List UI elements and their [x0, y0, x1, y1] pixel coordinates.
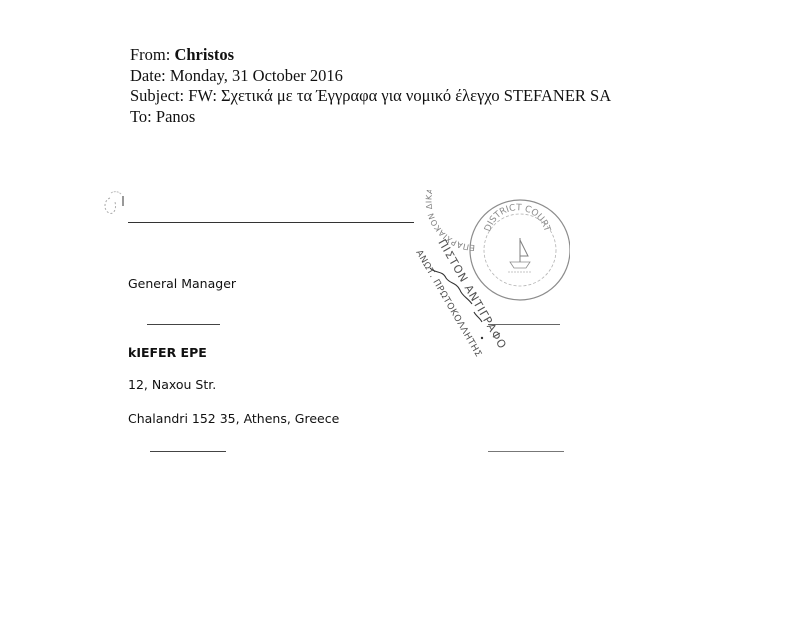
- email-header: From: Christos Date: Monday, 31 October …: [130, 45, 611, 127]
- company-name: kIEFER EPE: [128, 345, 207, 360]
- from-row: From: Christos: [130, 45, 611, 66]
- from-value: Christos: [174, 45, 234, 64]
- signatory-title: General Manager: [128, 276, 236, 291]
- date-value: Monday, 31 October 2016: [170, 66, 343, 85]
- divider: [147, 324, 220, 325]
- subject-value: FW: Σχετικά με τα Έγγραφα για νομικό έλε…: [188, 86, 611, 105]
- to-label: To:: [130, 107, 152, 126]
- date-label: Date:: [130, 66, 166, 85]
- signature-line: [128, 222, 414, 223]
- court-stamp: ΕΠΑΡΧΙΑΚΟΝ ΔΙΚΑΣΤΗΡΙΟΝ ΛΕΥΚΩΣΙΑΣ DISTRIC…: [390, 190, 570, 370]
- divider: [150, 451, 226, 452]
- date-row: Date: Monday, 31 October 2016: [130, 66, 611, 87]
- to-row: To: Panos: [130, 107, 611, 128]
- city-address: Chalandri 152 35, Athens, Greece: [128, 411, 339, 426]
- subject-label: Subject:: [130, 86, 184, 105]
- subject-row: Subject: FW: Σχετικά με τα Έγγραφα για ν…: [130, 86, 611, 107]
- to-value: Panos: [156, 107, 195, 126]
- signature-mark-icon: [102, 190, 124, 216]
- divider: [488, 451, 564, 452]
- from-label: From:: [130, 45, 170, 64]
- street-address: 12, Naxou Str.: [128, 377, 216, 392]
